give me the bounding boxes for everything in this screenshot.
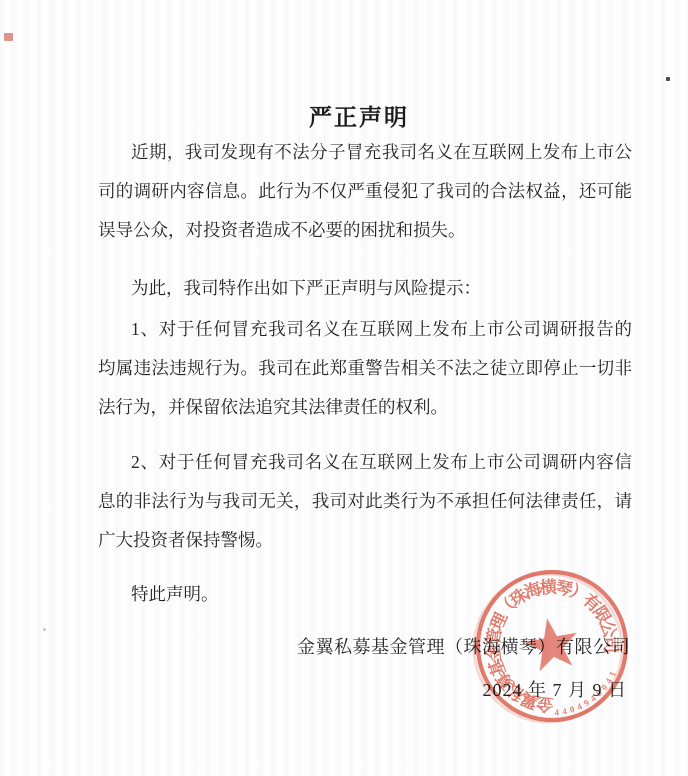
paragraph: 为此，我司特作出如下严正声明与风险提示： [98, 269, 632, 308]
seal-glyph: 0 [568, 704, 576, 715]
seal-glyph: 4 [554, 707, 560, 717]
scan-speck-dot [666, 77, 670, 81]
statement-document-page: 严正声明 近期，我司发现有不法分子冒充我司名义在互联网上发布上市公司的调研内容信… [0, 0, 688, 776]
scan-red-mark [4, 33, 13, 41]
text-line: 法行为，并保留依法追究其法律责任的权利。 [98, 388, 632, 427]
text-line: 为此，我司特作出如下严正声明与风险提示： [98, 269, 632, 308]
text-line: 近期，我司发现有不法分子冒充我司名义在互联网上发布上市公 [98, 133, 632, 172]
scan-gray-speck [43, 628, 46, 631]
document-body: 近期，我司发现有不法分子冒充我司名义在互联网上发布上市公司的调研内容信息。此行为… [98, 133, 632, 614]
text-line: 1、对于任何冒充我司名义在互联网上发布上市公司调研报告的 [98, 310, 632, 349]
seal-glyph: 4 [561, 706, 568, 717]
paragraph: 近期，我司发现有不法分子冒充我司名义在互联网上发布上市公司的调研内容信息。此行为… [98, 133, 632, 250]
paragraph: 1、对于任何冒充我司名义在互联网上发布上市公司调研报告的均属违法违规行为。我司在… [98, 310, 632, 427]
text-line: 误导公众，对投资者造成不必要的困扰和损失。 [98, 211, 632, 250]
text-line: 司的调研内容信息。此行为不仅严重侵犯了我司的合法权益，还可能 [98, 172, 632, 211]
text-line: 广大投资者保持警惕。 [98, 521, 632, 560]
paragraph: 2、对于任何冒充我司名义在互联网上发布上市公司调研内容信息的非法行为与我司无关，… [98, 443, 632, 560]
signature-company-name: 金翼私募基金管理（珠海横琴）有限公司 [297, 633, 630, 659]
paragraph: 特此声明。 [98, 575, 632, 614]
text-line: 息的非法行为与我司无关，我司对此类行为不承担任何法律责任，请 [98, 482, 632, 521]
seal-glyph: 4 [575, 701, 584, 712]
text-line: 特此声明。 [98, 575, 632, 614]
signature-date: 2024 年 7 月 9 日 [483, 676, 628, 702]
text-line: 均属违法违规行为。我司在此郑重警告相关不法之徒立即停止一切非 [98, 349, 632, 388]
document-title: 严正声明 [0, 99, 688, 132]
text-line: 2、对于任何冒充我司名义在互联网上发布上市公司调研内容信 [98, 443, 632, 482]
